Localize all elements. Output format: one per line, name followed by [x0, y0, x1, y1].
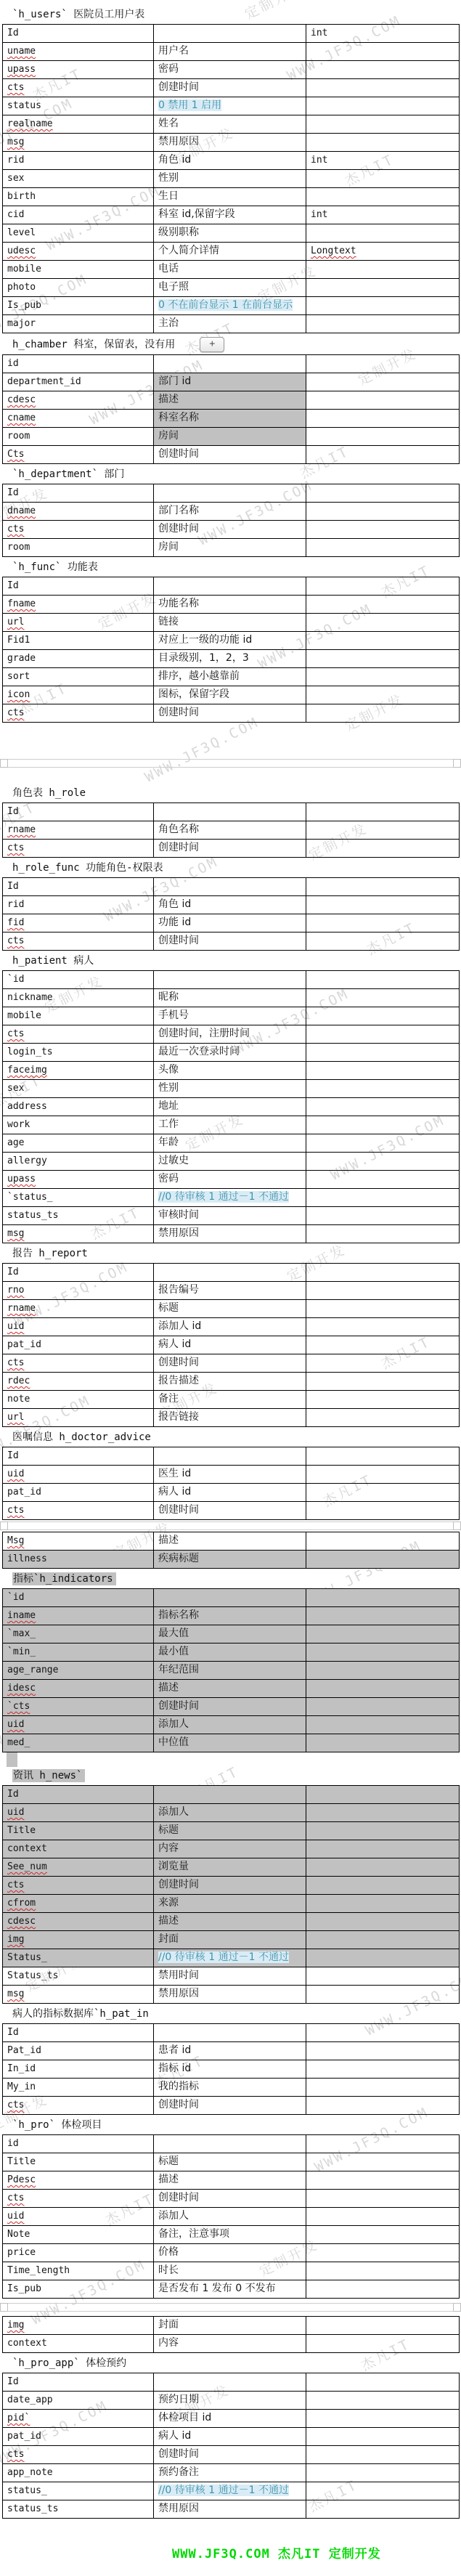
field-desc: 来源: [158, 1897, 179, 1909]
field-desc: 体检项目 id: [158, 2412, 211, 2423]
field-type-cell: [306, 115, 460, 134]
table-row: Pat_id患者 id: [3, 2042, 460, 2060]
field-desc: 角色名称: [158, 824, 199, 835]
field-desc: 图标，保留字段: [158, 688, 229, 700]
field-type-cell: [306, 484, 460, 503]
field-desc-cell: 报告编号: [154, 1282, 306, 1300]
field-type-cell: [306, 1877, 460, 1895]
field-type-cell: [306, 1354, 460, 1373]
field-name: Id: [7, 2027, 19, 2038]
field-name: `max_: [7, 1628, 36, 1639]
field-desc: 病人 id: [158, 1338, 191, 1350]
field-name: `cts: [7, 1701, 30, 1712]
field-name-cell: Id: [3, 484, 154, 503]
field-name-cell: My_in: [3, 2079, 154, 2097]
field-type-cell: [306, 1913, 460, 1931]
field-name: cts: [7, 1880, 24, 1890]
field-name: udesc: [7, 245, 36, 256]
schema-table-h_indicators: `idiname指标名称`max_最大值`min_最小值age_range年纪范…: [2, 1588, 460, 1752]
field-desc: 姓名: [158, 118, 179, 129]
field-desc-cell: 级别职称: [154, 224, 306, 243]
table-row: status0 禁用 1 启用: [3, 97, 460, 115]
field-name: photo: [7, 282, 36, 293]
table-row: note备注: [3, 1391, 460, 1409]
field-desc: 0 禁用 1 启用: [158, 99, 221, 111]
field-desc: 创建时间: [158, 1504, 199, 1516]
table-row: Idint: [3, 25, 460, 43]
field-name: sort: [7, 671, 30, 682]
table-heading-block: `h_department` 部门: [12, 468, 461, 482]
table-row: uid添加人: [3, 2208, 460, 2226]
table-heading-text: h_chamber 科室，保留表，没有用: [12, 339, 175, 351]
field-desc-cell: 部门 id: [154, 373, 306, 391]
table-row: price价格: [3, 2244, 460, 2262]
field-type-cell: [306, 521, 460, 539]
field-desc-cell: //0 待审核 1 通过－1 不通过: [154, 1189, 306, 1207]
field-desc-cell: 封面: [154, 2317, 306, 2335]
field-name-cell: room: [3, 428, 154, 446]
field-name-cell: Id: [3, 803, 154, 821]
field-name: My_in: [7, 2081, 36, 2092]
field-type-cell: [306, 2208, 460, 2226]
field-desc-cell: 禁用时间: [154, 1967, 306, 1986]
field-name-cell: rid: [3, 152, 154, 170]
field-type: int: [311, 155, 327, 166]
table-heading-text: h_patient 病人: [12, 955, 94, 967]
field-desc-cell: 描述: [154, 2171, 306, 2190]
table-row: Title标题: [3, 2153, 460, 2171]
field-type-cell: [306, 61, 460, 79]
field-name: fname: [7, 598, 36, 609]
field-type-cell: [306, 1804, 460, 1822]
field-desc: 房间: [158, 541, 179, 553]
field-desc-cell: 内容: [154, 1840, 306, 1858]
field-desc: 疾病标题: [158, 1553, 199, 1564]
field-name-cell: faceimg: [3, 1062, 154, 1080]
table-row: status_ts审核时间: [3, 1207, 460, 1225]
field-desc-cell: 角色 id: [154, 152, 306, 170]
table-row: Id: [3, 2024, 460, 2042]
page-corner-mark: [0, 2303, 8, 2312]
field-type-cell: [306, 2153, 460, 2171]
field-name: app_note: [7, 2467, 53, 2478]
field-type-cell: [306, 446, 460, 464]
field-name: Is_pub: [7, 300, 41, 311]
field-desc: 地址: [158, 1100, 179, 1112]
field-name: uid: [7, 1807, 24, 1818]
schema-table-h_pro_cont: img封面context内容: [2, 2316, 460, 2353]
field-name: rname: [7, 1303, 36, 1314]
field-name: upass: [7, 64, 36, 75]
field-name: uid: [7, 1468, 24, 1479]
field-desc-cell: 科室 id,保留字段: [154, 206, 306, 224]
field-type-cell: [306, 989, 460, 1007]
table-row: Note备注，注意事项: [3, 2226, 460, 2244]
field-desc-cell: 标题: [154, 1822, 306, 1840]
field-name-cell: Id: [3, 25, 154, 43]
field-desc-cell: 房间: [154, 428, 306, 446]
field-type-cell: [306, 1662, 460, 1680]
field-desc-cell: [154, 878, 306, 896]
field-desc-cell: 时长: [154, 2262, 306, 2280]
table-row: rdec报告描述: [3, 1373, 460, 1391]
schema-table-h_news: Iduid添加人Title标题context内容See_num浏览量cts创建时…: [2, 1785, 460, 2004]
table-row: room房间: [3, 539, 460, 557]
page-break: [0, 1521, 461, 1530]
field-desc: 创建时间: [158, 448, 199, 460]
field-name-cell: upass: [3, 1171, 154, 1189]
table-row: photo电子照: [3, 279, 460, 297]
table-row: pid`体检项目 id: [3, 2410, 460, 2428]
table-row: level级别职称: [3, 224, 460, 243]
table-row: cdesc描述: [3, 391, 460, 410]
field-name-cell: Title: [3, 2153, 154, 2171]
field-desc-cell: 创建时间: [154, 2446, 306, 2464]
field-desc: 预约日期: [158, 2394, 199, 2405]
field-desc-cell: 创建时间: [154, 933, 306, 951]
field-type-cell: [306, 1318, 460, 1336]
field-type-cell: [306, 1336, 460, 1354]
field-name: id: [7, 2138, 19, 2149]
table-heading-block: `h_users` 医院员工用户表: [12, 8, 461, 22]
field-desc: 最近一次登录时间: [158, 1046, 240, 1057]
field-type-cell: [306, 686, 460, 704]
field-desc: 创建时间: [158, 707, 199, 718]
field-desc-cell: 价格: [154, 2244, 306, 2262]
field-name-cell: `max_: [3, 1625, 154, 1643]
field-name: Msg: [7, 1535, 24, 1546]
table-row: Title标题: [3, 1822, 460, 1840]
field-name-cell: work: [3, 1116, 154, 1134]
field-desc: 部门 id: [158, 375, 191, 387]
field-type-cell: [306, 2135, 460, 2153]
field-type-cell: [306, 134, 460, 152]
table-row: Status_ts禁用时间: [3, 1967, 460, 1986]
field-name-cell: major: [3, 315, 154, 333]
field-name-cell: msg: [3, 134, 154, 152]
page-corner-mark: [453, 759, 461, 768]
field-name: sex: [7, 1083, 24, 1094]
table-row: cts创建时间: [3, 521, 460, 539]
field-name: pat_id: [7, 1487, 41, 1498]
field-desc-cell: 房间: [154, 539, 306, 557]
field-type-cell: [306, 410, 460, 428]
field-type-cell: [306, 1949, 460, 1967]
field-desc-cell: [154, 2135, 306, 2153]
table-row: See_num浏览量: [3, 1858, 460, 1877]
field-desc: 时长: [158, 2264, 179, 2276]
field-desc-cell: 性别: [154, 1080, 306, 1098]
field-name: realname: [7, 118, 53, 129]
field-desc: 昵称: [158, 991, 179, 1003]
field-desc: 患者 id: [158, 2044, 191, 2056]
field-name-cell: Id: [3, 2373, 154, 2392]
field-desc: 功能 id: [158, 917, 191, 928]
field-type-cell: [306, 1840, 460, 1858]
field-type-cell: [306, 1734, 460, 1752]
table-row: Msg描述: [3, 1532, 460, 1551]
field-desc-cell: 标题: [154, 1300, 306, 1318]
field-name: msg: [7, 1228, 24, 1239]
table-heading: `h_pro_app` 体检预约: [12, 2357, 461, 2370]
field-type-cell: [306, 1716, 460, 1734]
field-desc-cell: 禁用原因: [154, 134, 306, 152]
field-name-cell: Pat_id: [3, 2042, 154, 2060]
field-type-cell: [306, 821, 460, 840]
field-name-cell: photo: [3, 279, 154, 297]
field-name: msg: [7, 1988, 24, 1999]
field-desc: 最小值: [158, 1646, 189, 1657]
field-name-cell: `status_: [3, 1189, 154, 1207]
table-row: illness疾病标题: [3, 1551, 460, 1569]
field-type-cell: [306, 1044, 460, 1062]
field-type-cell: [306, 1189, 460, 1207]
field-desc-cell: 年龄: [154, 1134, 306, 1153]
field-type-cell: [306, 1373, 460, 1391]
field-name-cell: cts: [3, 1354, 154, 1373]
field-name: Id: [7, 487, 19, 498]
table-row: sex性别: [3, 170, 460, 188]
table-row: Pdesc描述: [3, 2171, 460, 2190]
field-name: Time_length: [7, 2265, 70, 2276]
table-row: upass密码: [3, 1171, 460, 1189]
field-desc-cell: 病人 id: [154, 1484, 306, 1502]
field-desc: 审核时间: [158, 1209, 199, 1221]
field-name: status_ts: [7, 2503, 58, 2514]
table-row: `cts创建时间: [3, 1698, 460, 1716]
field-type-cell: [306, 1895, 460, 1913]
field-desc: 个人简介详情: [158, 245, 219, 256]
field-desc-cell: 最近一次登录时间: [154, 1044, 306, 1062]
table-row: pat_id病人 id: [3, 2428, 460, 2446]
field-name: price: [7, 2247, 36, 2258]
field-type-cell: [306, 2392, 460, 2410]
table-row: Id: [3, 1264, 460, 1282]
field-desc: 创建时间: [158, 1700, 199, 1712]
field-desc: 报告描述: [158, 1375, 199, 1386]
field-type-cell: [306, 1986, 460, 2004]
table-heading-text: `h_func` 功能表: [12, 561, 98, 573]
table-row: cts创建时间: [3, 1877, 460, 1895]
field-desc-cell: 体检项目 id: [154, 2410, 306, 2428]
table-row: cname科室名称: [3, 410, 460, 428]
field-type-cell: [306, 933, 460, 951]
field-name-cell: Note: [3, 2226, 154, 2244]
field-name: uname: [7, 46, 36, 57]
field-name: `status_: [7, 1192, 53, 1203]
field-desc-cell: 医生 id: [154, 1466, 306, 1484]
table-row: udesc个人简介详情Longtext: [3, 243, 460, 261]
field-name: Title: [7, 1825, 36, 1836]
field-name-cell: status: [3, 97, 154, 115]
field-name-cell: msg: [3, 1986, 154, 2004]
schema-table-h_department: Iddname部门名称cts创建时间room房间: [2, 484, 460, 557]
field-name-cell: cts: [3, 2190, 154, 2208]
field-name: rdec: [7, 1376, 30, 1386]
field-name-cell: Id: [3, 1786, 154, 1804]
field-name: uid: [7, 1719, 24, 1730]
table-row: rname角色名称: [3, 821, 460, 840]
field-desc-cell: 创建时间: [154, 1698, 306, 1716]
field-desc-cell: [154, 484, 306, 503]
field-desc: 添加人: [158, 1806, 189, 1818]
field-desc: 头像: [158, 1064, 179, 1076]
field-name: iname: [7, 1610, 36, 1621]
field-desc-cell: 最大值: [154, 1625, 306, 1643]
field-desc-cell: 创建时间: [154, 2097, 306, 2115]
field-desc-cell: [154, 1786, 306, 1804]
field-name-cell: status_: [3, 2482, 154, 2500]
table-heading-block: 病人的指标数据库`h_pat_in: [12, 2007, 461, 2021]
field-name-cell: id: [3, 2135, 154, 2153]
field-name-cell: grade: [3, 650, 154, 668]
field-type-cell: [306, 1116, 460, 1134]
field-name: room: [7, 431, 30, 442]
field-name-cell: mobile: [3, 1007, 154, 1025]
field-type-cell: [306, 224, 460, 243]
field-desc: 描述: [158, 1915, 179, 1927]
field-desc-cell: 描述: [154, 1913, 306, 1931]
table-row: cts创建时间: [3, 1354, 460, 1373]
table-heading-block: 角色表 h_role: [12, 787, 461, 800]
table-heading: h_patient 病人: [12, 954, 461, 968]
field-desc: //0 待审核 1 通过－1 不通过: [158, 1951, 289, 1963]
field-type-cell: [306, 2317, 460, 2335]
field-desc-cell: 备注，注意事项: [154, 2226, 306, 2244]
field-desc-cell: 内容: [154, 2335, 306, 2353]
field-type-cell: [306, 1447, 460, 1466]
field-name: allergy: [7, 1155, 47, 1166]
field-desc: 中位值: [158, 1736, 189, 1748]
field-desc-cell: 排序，越小越靠前: [154, 668, 306, 686]
field-name: Id: [7, 1267, 19, 1277]
field-desc: //0 待审核 1 通过－1 不通过: [158, 2484, 289, 2496]
field-name: birth: [7, 191, 36, 202]
field-type: Longtext: [311, 245, 356, 256]
field-name-cell: rname: [3, 1300, 154, 1318]
field-desc-cell: 病人 id: [154, 2428, 306, 2446]
insert-table-button[interactable]: +: [200, 337, 224, 352]
schema-table-h_pat_in: IdPat_id患者 idIn_id指标 idMy_in我的指标cts创建时间: [2, 2023, 460, 2115]
field-desc-cell: 密码: [154, 1171, 306, 1189]
table-row: uid添加人: [3, 1804, 460, 1822]
field-desc-cell: 预约日期: [154, 2392, 306, 2410]
field-desc: 我的指标: [158, 2081, 199, 2092]
field-desc: 级别职称: [158, 227, 199, 238]
field-desc-cell: 年纪范围: [154, 1662, 306, 1680]
field-name-cell: In_id: [3, 2060, 154, 2079]
field-desc-cell: 头像: [154, 1062, 306, 1080]
field-name: note: [7, 1394, 30, 1405]
field-name: msg: [7, 137, 24, 147]
table-row: rname标题: [3, 1300, 460, 1318]
field-name-cell: `id: [3, 971, 154, 989]
field-desc-cell: 禁用原因: [154, 1225, 306, 1243]
table-row: uid医生 id: [3, 1466, 460, 1484]
field-desc-cell: 创建时间: [154, 446, 306, 464]
field-type-cell: [306, 577, 460, 596]
field-name-cell: Status_: [3, 1949, 154, 1967]
highlight-remnant: [7, 1752, 17, 1767]
table-row: uid添加人 id: [3, 1318, 460, 1336]
field-type-cell: [306, 2171, 460, 2190]
field-desc: 电子照: [158, 281, 189, 293]
table-row: sort排序，越小越靠前: [3, 668, 460, 686]
field-desc-cell: 生日: [154, 188, 306, 206]
field-name-cell: url: [3, 614, 154, 632]
table-row: fname功能名称: [3, 596, 460, 614]
field-name-cell: cts: [3, 840, 154, 858]
table-row: status_//0 待审核 1 通过－1 不通过: [3, 2482, 460, 2500]
field-type-cell: [306, 650, 460, 668]
field-type-cell: [306, 1643, 460, 1662]
field-type-cell: [306, 914, 460, 933]
field-type-cell: [306, 1625, 460, 1643]
table-row: Id: [3, 577, 460, 596]
table-heading: `h_users` 医院员工用户表: [12, 8, 461, 22]
field-name: major: [7, 318, 36, 329]
field-desc: 性别: [158, 1082, 179, 1094]
table-row: allergy过敏史: [3, 1153, 460, 1171]
field-desc: 禁用原因: [158, 1227, 199, 1239]
field-type-cell: [306, 2097, 460, 2115]
schema-table-h_role_func: Idrid角色 idfid功能 idcts创建时间: [2, 877, 460, 951]
field-name: img: [7, 2320, 24, 2331]
field-desc: 描述: [158, 2174, 179, 2185]
table-row: status_ts禁用原因: [3, 2500, 460, 2519]
table-heading-text: `h_pro_app` 体检预约: [12, 2357, 126, 2369]
field-name: faceimg: [7, 1065, 47, 1076]
field-desc-cell: 创建时间: [154, 1502, 306, 1520]
field-type: int: [311, 28, 327, 38]
field-name-cell: url: [3, 1409, 154, 1427]
field-name-cell: See_num: [3, 1858, 154, 1877]
table-row: cts创建时间: [3, 2097, 460, 2115]
field-desc-cell: [154, 803, 306, 821]
field-name: room: [7, 542, 30, 553]
field-name: age: [7, 1137, 24, 1148]
table-row: uid添加人: [3, 1716, 460, 1734]
table-row: id: [3, 355, 460, 373]
table-row: grade目录级别，1，2，3: [3, 650, 460, 668]
table-row: In_id指标 id: [3, 2060, 460, 2079]
table-row: Time_length时长: [3, 2262, 460, 2280]
field-name: cts: [7, 935, 24, 946]
field-name-cell: uname: [3, 43, 154, 61]
field-name-cell: Time_length: [3, 2262, 154, 2280]
table-row: `id: [3, 1589, 460, 1607]
table-row: login_ts最近一次登录时间: [3, 1044, 460, 1062]
field-name: Fid1: [7, 635, 30, 646]
field-name: Id: [7, 1450, 19, 1461]
table-heading: 指标`h_indicators: [12, 1572, 461, 1586]
field-desc: 内容: [158, 1842, 179, 1854]
field-name-cell: cdesc: [3, 391, 154, 410]
field-type-cell: [306, 1134, 460, 1153]
field-desc-cell: 个人简介详情: [154, 243, 306, 261]
field-desc: 创建时间: [158, 523, 199, 535]
field-name: Pdesc: [7, 2174, 36, 2185]
field-name-cell: idesc: [3, 1680, 154, 1698]
field-name-cell: age_range: [3, 1662, 154, 1680]
field-name-cell: cts: [3, 933, 154, 951]
field-desc: 封面: [158, 2319, 179, 2331]
table-row: date_app预约日期: [3, 2392, 460, 2410]
field-desc-cell: 预约备注: [154, 2464, 306, 2482]
field-desc: 内容: [158, 2337, 179, 2349]
field-type-cell: [306, 1931, 460, 1949]
field-name-cell: id: [3, 355, 154, 373]
